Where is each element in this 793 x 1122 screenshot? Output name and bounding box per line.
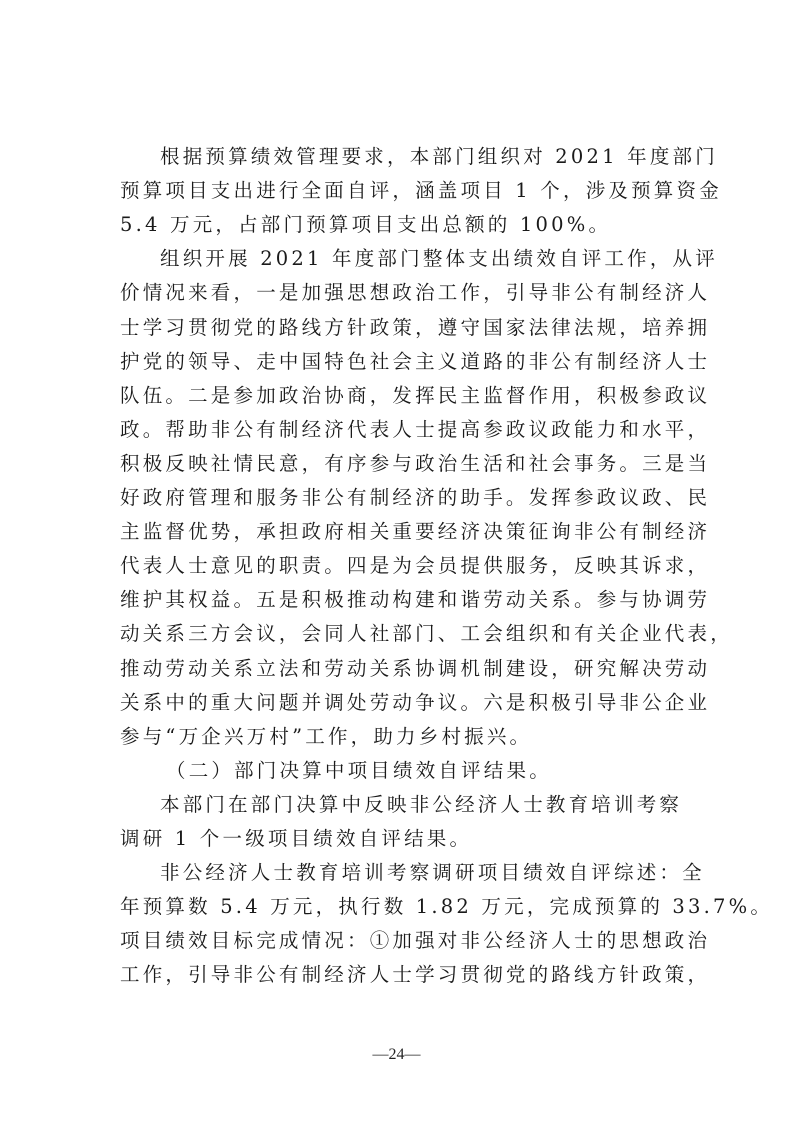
text-line: 维护其权益。五是积极推动构建和谐劳动关系。参与协调劳 [120, 583, 680, 617]
text-line: 主监督优势，承担政府相关重要经济决策征询非公有制经济 [120, 515, 680, 549]
text-line: 政。帮助非公有制经济代表人士提高参政议政能力和水平， [120, 413, 680, 447]
text-line: 推动劳动关系立法和劳动关系协调机制建设，研究解决劳动 [120, 652, 680, 686]
text-line: 预算项目支出进行全面自评，涵盖项目 1 个，涉及预算资金 [120, 174, 680, 208]
text-line: 组织开展 2021 年度部门整体支出绩效自评工作，从评 [160, 242, 680, 276]
text-line: 积极反映社情民意，有序参与政治生活和社会事务。三是当 [120, 447, 680, 481]
text-line: 动关系三方会议，会同人社部门、工会组织和有关企业代表， [120, 617, 680, 651]
text-line: 本部门在部门决算中反映非公经济人士教育培训考察 [160, 788, 680, 822]
text-line: 项目绩效目标完成情况：①加强对非公经济人士的思想政治 [120, 924, 680, 958]
text-line: 5.4 万元，占部门预算项目支出总额的 100%。 [120, 208, 680, 242]
text-line: 参与“万企兴万村”工作，助力乡村振兴。 [120, 720, 680, 754]
text-line: 士学习贯彻党的路线方针政策，遵守国家法律法规，培养拥 [120, 311, 680, 345]
section-heading: （二）部门决算中项目绩效自评结果。 [166, 754, 686, 788]
text-line: 护党的领导、走中国特色社会主义道路的非公有制经济人士 [120, 345, 680, 379]
text-line: 根据预算绩效管理要求，本部门组织对 2021 年度部门 [160, 140, 680, 174]
text-line: 关系中的重大问题并调处劳动争议。六是积极引导非公企业 [120, 686, 680, 720]
text-line: 非公经济人士教育培训考察调研项目绩效自评综述：全 [160, 856, 680, 890]
document-page: 根据预算绩效管理要求，本部门组织对 2021 年度部门预算项目支出进行全面自评，… [0, 0, 793, 1122]
text-line: 工作，引导非公有制经济人士学习贯彻党的路线方针政策， [120, 958, 680, 992]
text-line: 调研 1 个一级项目绩效自评结果。 [120, 822, 680, 856]
text-line: 年预算数 5.4 万元，执行数 1.82 万元，完成预算的 33.7%。 [120, 890, 680, 924]
text-line: 好政府管理和服务非公有制经济的助手。发挥参政议政、民 [120, 481, 680, 515]
text-line: 价情况来看，一是加强思想政治工作，引导非公有制经济人 [120, 276, 680, 310]
text-line: 代表人士意见的职责。四是为会员提供服务，反映其诉求， [120, 549, 680, 583]
page-number: —24— [0, 1046, 793, 1064]
text-line: 队伍。二是参加政治协商，发挥民主监督作用，积极参政议 [120, 379, 680, 413]
